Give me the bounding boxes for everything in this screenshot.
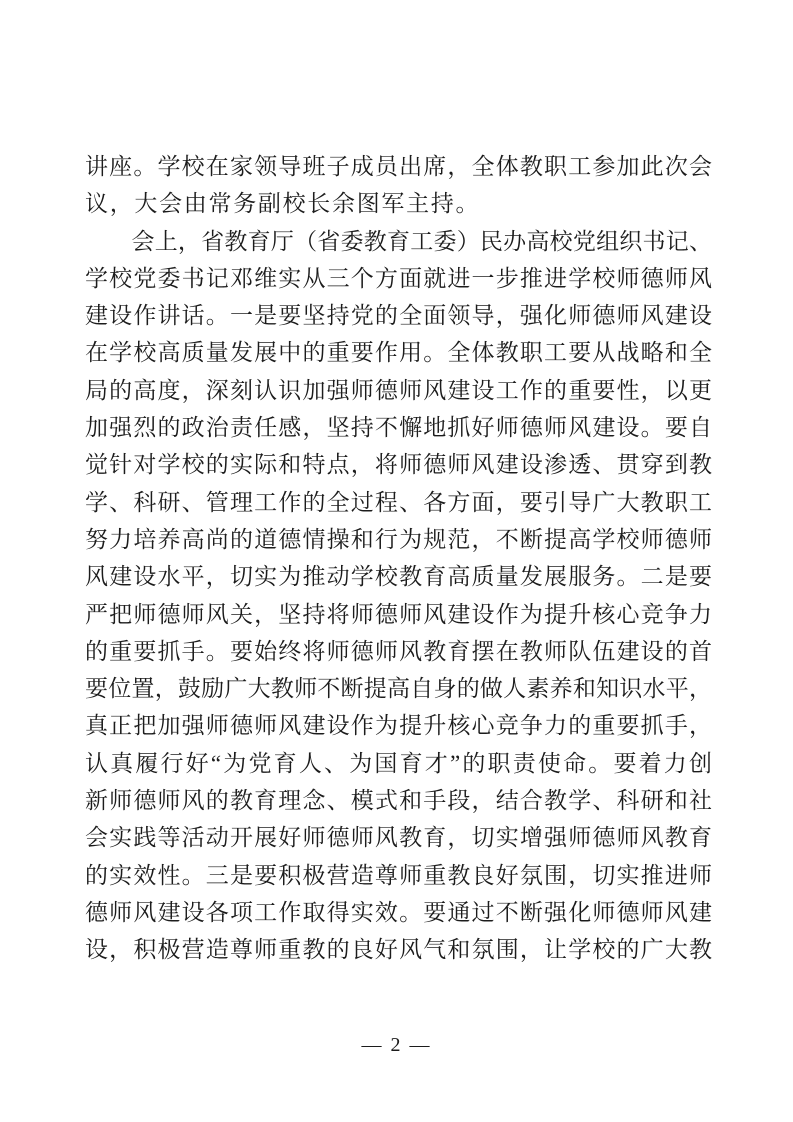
text-line: 新师德师风的教育理念、模式和手段，结合教学、科研和社 (85, 782, 712, 819)
text-line: 认真履行好“为党育人、为国育才”的职责使命。要着力创 (85, 745, 712, 782)
page-number: — 2 — (0, 1034, 793, 1057)
text-line: 的重要抓手。要始终将师德师风教育摆在教师队伍建设的首 (85, 633, 712, 670)
text-line: 建设作讲话。一是要坚持党的全面领导，强化师德师风建设 (85, 297, 712, 334)
text-line: 讲座。学校在家领导班子成员出席，全体教职工参加此次会 (85, 148, 712, 185)
text-line: 真正把加强师德师风建设作为提升核心竞争力的重要抓手， (85, 707, 712, 744)
text-line: 德师风建设各项工作取得实效。要通过不断强化师德师风建 (85, 894, 712, 931)
text-line: 设，积极营造尊师重教的良好风气和氛围，让学校的广大教 (85, 931, 712, 968)
text-line: 要位置，鼓励广大教师不断提高自身的做人素养和知识水平， (85, 670, 712, 707)
text-line: 局的高度，深刻认识加强师德师风建设工作的重要性，以更 (85, 372, 712, 409)
text-line: 学校党委书记邓维实从三个方面就进一步推进学校师德师风 (85, 260, 712, 297)
text-line: 议，大会由常务副校长余图军主持。 (85, 185, 712, 222)
text-line: 会实践等活动开展好师德师风教育，切实增强师德师风教育 (85, 819, 712, 856)
body-text: 讲座。学校在家领导班子成员出席，全体教职工参加此次会 议，大会由常务副校长余图军… (85, 148, 712, 969)
text-line: 觉针对学校的实际和特点，将师德师风建设渗透、贯穿到教 (85, 446, 712, 483)
text-line: 加强烈的政治责任感，坚持不懈地抓好师德师风建设。要自 (85, 409, 712, 446)
text-line: 在学校高质量发展中的重要作用。全体教职工要从战略和全 (85, 334, 712, 371)
text-line: 严把师德师风关，坚持将师德师风建设作为提升核心竞争力 (85, 596, 712, 633)
document-page: 讲座。学校在家领导班子成员出席，全体教职工参加此次会 议，大会由常务副校长余图军… (0, 0, 793, 1122)
text-line: 学、科研、管理工作的全过程、各方面，要引导广大教职工 (85, 484, 712, 521)
text-line: 的实效性。三是要积极营造尊师重教良好氛围，切实推进师 (85, 857, 712, 894)
text-line: 风建设水平，切实为推动学校教育高质量发展服务。二是要 (85, 558, 712, 595)
text-line: 会上，省教育厅（省委教育工委）民办高校党组织书记、 (85, 223, 712, 260)
text-line: 努力培养高尚的道德情操和行为规范，不断提高学校师德师 (85, 521, 712, 558)
